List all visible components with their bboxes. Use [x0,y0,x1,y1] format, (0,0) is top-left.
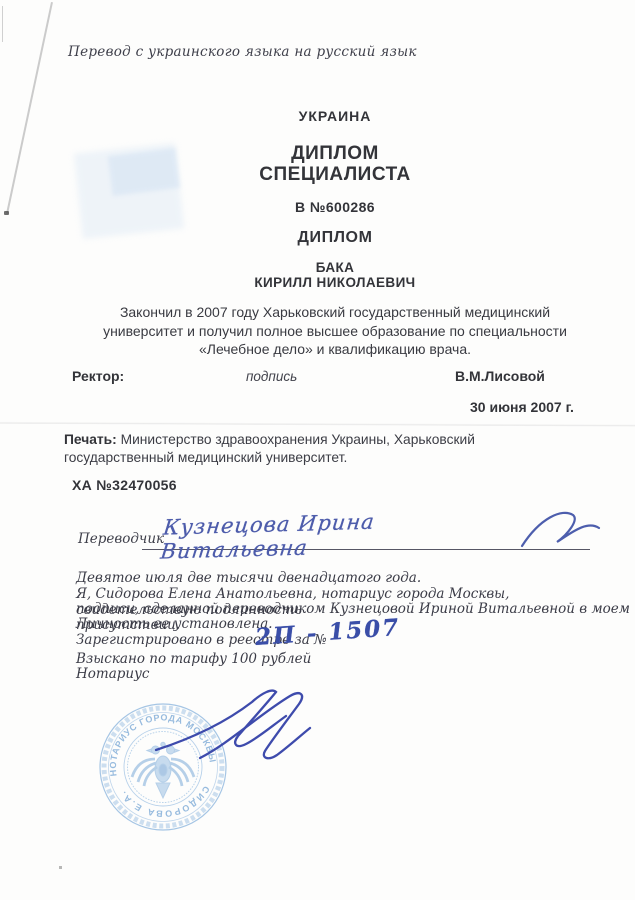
translator-label: Переводчик [78,531,164,547]
seal-description: Печать: Министерство здравоохранения Укр… [64,431,572,467]
form-number: ХА №32470056 [72,477,177,493]
rector-name: В.М.Лисовой [455,368,545,384]
notary-line-date: Девятое июля две тысячи двенадцатого год… [76,570,421,586]
diploma-title-line1: ДИПЛОМ [75,143,595,165]
translator-handwritten-name: Кузнецова Ирина Витальевна [159,506,494,563]
seal-text: Министерство здравоохранения Украины, Ха… [64,432,475,465]
holder-first-patronymic: КИРИЛЛ НИКОЛАЕВИЧ [75,275,595,290]
notary-word: Нотариус [76,666,149,682]
rector-label: Ректор: [72,368,124,384]
signature-placeholder: подпись [246,369,297,384]
scan-edge-diagonal-line [6,2,52,214]
notary-line-identity: Личность ее установлена. [76,616,273,632]
scanned-document-page: Перевод с украинского языка на русский я… [0,0,635,900]
holder-last-name: БАКА [75,260,595,275]
country-heading: УКРАИНА [75,108,595,124]
scan-speck [4,211,9,215]
issue-date: 30 июня 2007 г. [470,399,574,415]
tariff-line: Взыскано по тарифу 100 рублей [76,651,311,667]
scan-speck-bottom [59,866,62,869]
paper-crease [0,422,635,428]
translation-note: Перевод с украинского языка на русский я… [68,44,417,60]
seal-label: Печать: [64,432,117,447]
diploma-word: ДИПЛОМ [75,229,595,247]
scan-edge-left-line [2,6,3,42]
diploma-series-number: В №600286 [75,199,595,215]
diploma-body-text: Закончил в 2007 году Харьковский государ… [80,303,590,359]
notary-handwritten-signature [148,686,318,781]
diploma-title-line2: СПЕЦИАЛИСТА [75,164,595,186]
translator-paraph-signature [518,504,603,556]
